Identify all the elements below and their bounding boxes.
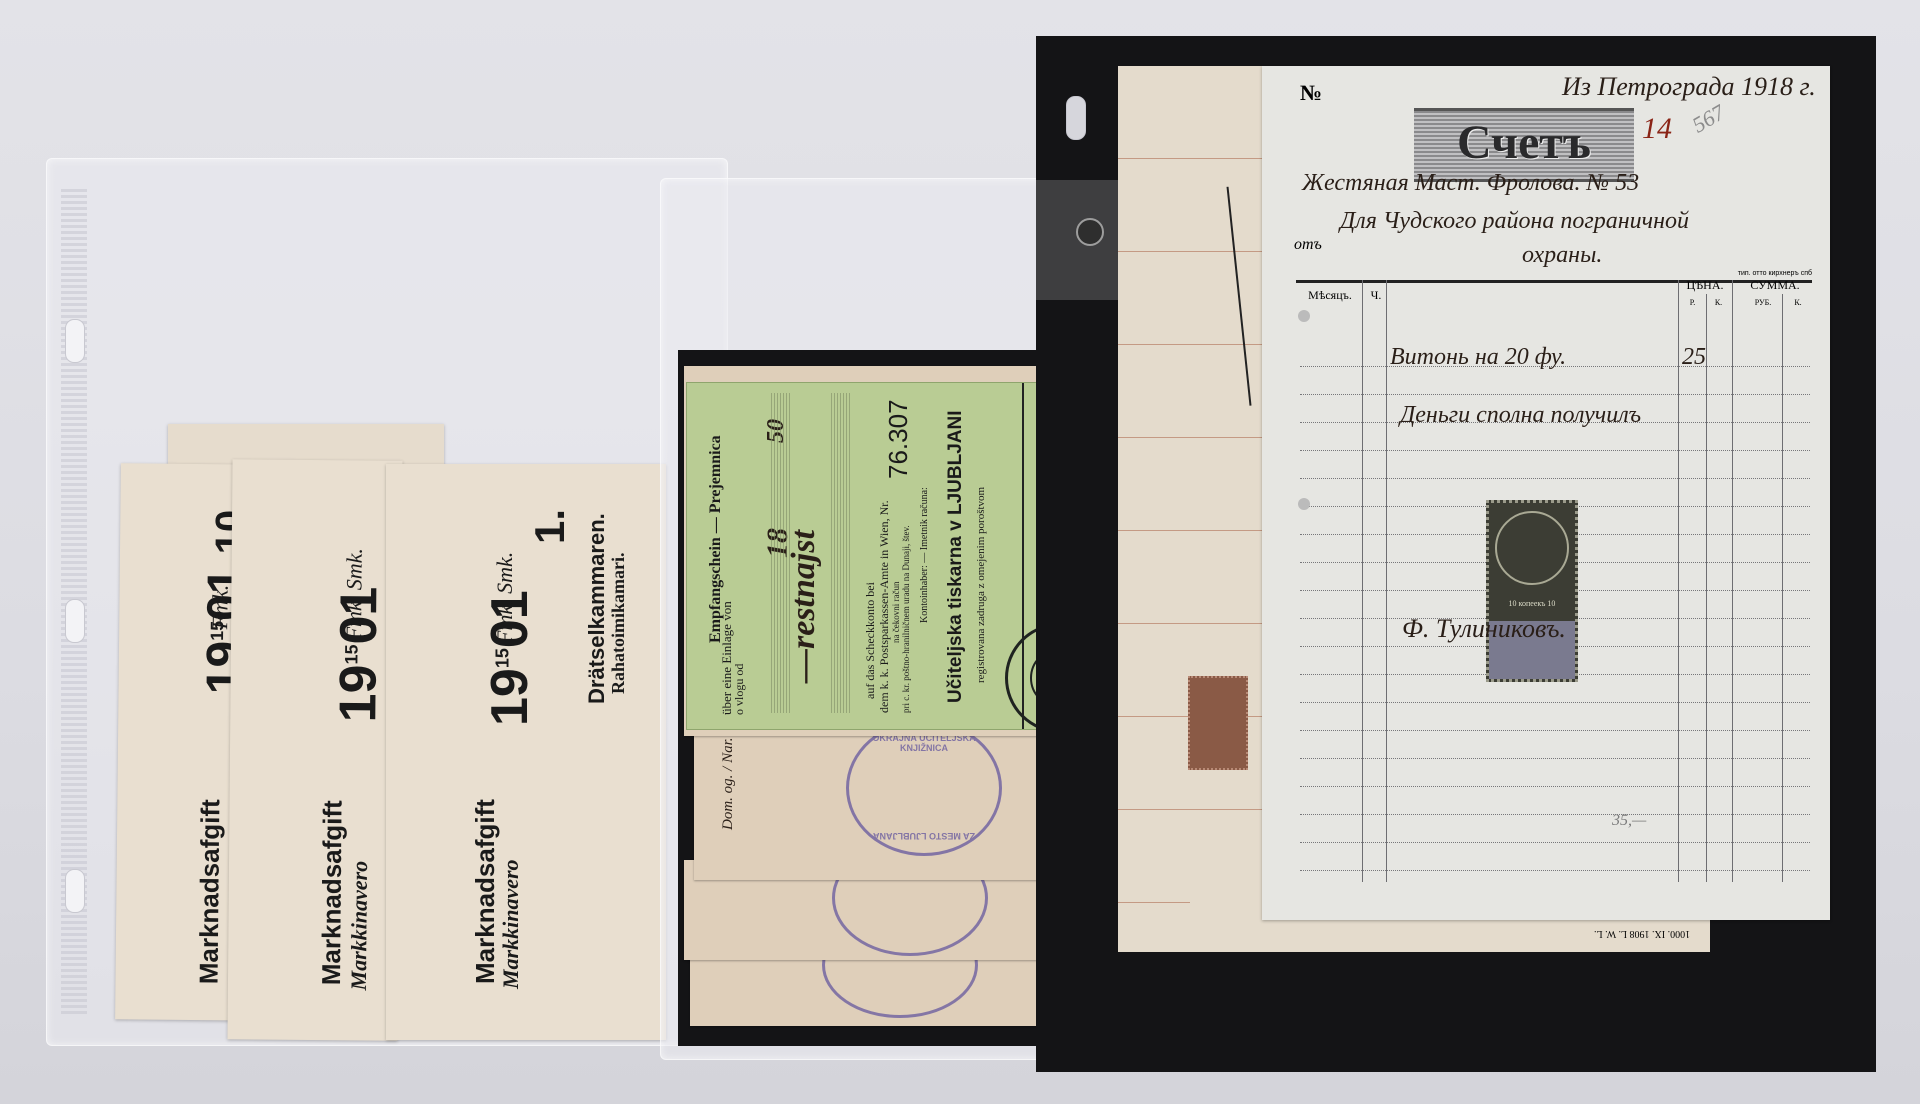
invoice-red-note: 14 (1642, 112, 1672, 146)
account-line-1: auf das Scheckkonto bei (863, 582, 878, 699)
invoice-number-label: № (1300, 80, 1322, 106)
revenue-stamp-brown (1188, 676, 1248, 770)
col-sum-rub: РУБ. (1740, 298, 1786, 307)
invoice-place-date: Из Петрограда 1918 г. (1562, 72, 1816, 102)
account-holder-name: Učiteljska tiskarna v LJUBLJANI (945, 410, 967, 703)
invoice-recipient: Жестяная Маст. Фролова. № 53 (1302, 170, 1639, 197)
col-month: Мѣсяцъ. (1300, 288, 1360, 303)
account-holder-sub: registrovana zadruga z omejenim poroštvo… (975, 487, 987, 683)
invoice-row-1-price: 25 (1682, 344, 1706, 371)
col-price-k: К. (1706, 298, 1731, 307)
ruled-line (1300, 786, 1810, 787)
receipt-deposit-sl: o vlogu od (732, 664, 747, 715)
ruled-line (1300, 842, 1810, 843)
ruled-line (1300, 478, 1810, 479)
ticket-currency: Fmk. Smk. (492, 552, 518, 644)
grid-line (1782, 294, 1783, 882)
grid-line (1732, 280, 1733, 882)
invoice-from-label: отъ (1294, 236, 1322, 254)
col-day: Ч. (1366, 288, 1386, 303)
issuer-sv: Drätselkammaren. (584, 513, 610, 704)
grid-line (1706, 294, 1707, 882)
stamp-coat-of-arms (1495, 511, 1569, 585)
invoice-pencil-total: 35,— (1612, 812, 1646, 830)
receipt-title: Empfangschein — Prejemnica (707, 435, 725, 643)
ticket-value: 1. (526, 509, 574, 544)
account-holder-label: Kontoinhaber: — Imetnik računa: (919, 487, 930, 623)
grid-line (1386, 280, 1387, 882)
amount-hatch (771, 393, 791, 713)
ticket-label-sv: Marknadsafgift (470, 799, 501, 984)
ruled-line (1300, 394, 1810, 395)
revenue-stamp-value: 10 копеекъ 10 (1489, 599, 1575, 608)
stamp-text-bottom: ZA MESTO LJUBLJANA (849, 831, 999, 841)
account-number: 76.307 (883, 399, 914, 479)
account-line-3: na čekovni račun (891, 582, 901, 643)
punch-hole (1298, 498, 1310, 510)
ticket-currency: Fmk. Smk. (341, 548, 368, 640)
binder-hole (65, 319, 85, 363)
ruled-line (1300, 870, 1810, 871)
account-line-2: dem k. k. Postsparkassen-Amte in Wien, N… (877, 500, 892, 713)
market-fee-ticket-3: Marknadsafgift Markkinavero 191501 Fmk. … (227, 459, 402, 1040)
col-sum-k: К. (1786, 298, 1810, 307)
ruled-line (1300, 814, 1810, 815)
ruled-line (1300, 730, 1810, 731)
punch-hole (1298, 310, 1310, 322)
printer-line: 1000. IX. 1908 L. W. L. (1594, 928, 1690, 939)
col-sum: СУММА. (1740, 278, 1810, 293)
ruled-line (1300, 758, 1810, 759)
binder-hole (65, 869, 85, 913)
grid-line (1678, 280, 1679, 882)
invoice-sheet: № Из Петрограда 1918 г. 14 567 Счетъ Жес… (1262, 66, 1830, 920)
invoice-row-1-text: Витонь на 20 фу. (1390, 344, 1566, 371)
ticket-label-sv: Marknadsafgift (316, 800, 349, 985)
words-hatch (831, 393, 851, 713)
ticket-label-fi: Markkinavero (346, 861, 373, 991)
binder-hole (65, 599, 85, 643)
invoice-signature: Ф. Тулиниковъ. (1402, 614, 1566, 644)
account-line-4: pri c. kr. poštno-hranilničnem uradu na … (901, 525, 911, 713)
invoice-rule (1296, 280, 1812, 283)
col-price: ЦѢНА. (1680, 278, 1730, 293)
ticket-currency: Fmk. (207, 585, 233, 630)
invoice-row-2-text: Деньги сполна получилъ (1400, 402, 1641, 429)
market-fee-ticket-1: Marknadsafgift Markkinavero 191501 Fmk. … (386, 464, 666, 1040)
pen-stroke (1227, 186, 1256, 405)
invoice-from-line-2: охраны. (1522, 242, 1602, 269)
invoice-from-line-1: Для Чудского района пограничной (1340, 208, 1689, 235)
ticket-label-sv: Marknadsafgift (193, 799, 226, 984)
revenue-stamp: 10 копеекъ 10 (1486, 500, 1578, 682)
library-stamp: OKRAJNA UČITELJSKA KNJIŽNICA ZA MESTO LJ… (846, 720, 1002, 856)
invoice-pencil-note: 567 (1688, 99, 1730, 138)
binder-hole (1066, 96, 1086, 140)
ruled-line (1300, 702, 1810, 703)
ruled-line (1300, 450, 1810, 451)
invoice-title: Счетъ (1414, 115, 1634, 170)
col-price-r: Р. (1680, 298, 1705, 307)
grid-line (1362, 280, 1363, 882)
invoice-printer-mark: тип. отто кирхнеръ спб (1738, 270, 1812, 277)
issuer-fi: Rahatoimikamari. (608, 553, 629, 695)
ticket-label-fi: Markkinavero (498, 859, 524, 989)
stamp-text-top: OKRAJNA UČITELJSKA KNJIŽNICA (849, 733, 999, 753)
